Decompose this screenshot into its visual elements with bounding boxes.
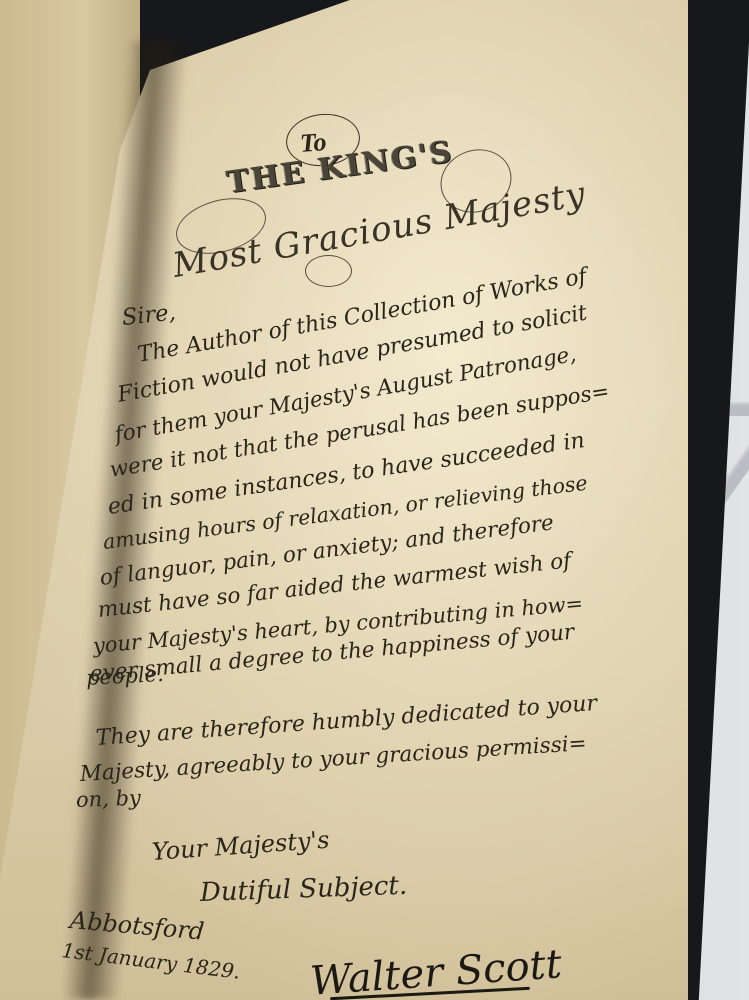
place: Abbotsford <box>69 908 205 944</box>
date: 1st January 1829. <box>61 940 242 982</box>
paragraph-2-line: on, by <box>76 788 142 811</box>
page-text: To THE KING'S Most Gracious Majesty Sire… <box>0 0 749 1000</box>
closing-line-2: Dutiful Subject. <box>200 873 408 906</box>
paragraph-1-line: people. <box>85 664 164 689</box>
closing-line-1: Your Majesty's <box>151 828 330 864</box>
salutation: Sire, <box>121 301 177 329</box>
